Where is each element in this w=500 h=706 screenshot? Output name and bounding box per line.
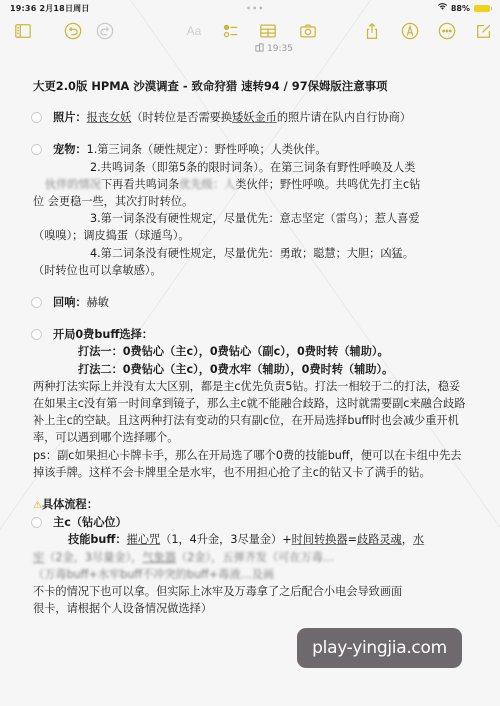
pet-rule-4: 4.第二词条没有硬性规定，尽量优先：勇敢；聪慧；大胆；凶猛。 xyxy=(33,245,466,262)
pet-rule-2: 2.共鸣词条（即第5条的限时词条）。在第三词条有野性呼唤及人类 xyxy=(33,159,466,176)
checklist-icon[interactable] xyxy=(221,21,241,41)
link-leprechaun-coin[interactable]: 矮妖金币 xyxy=(232,111,277,124)
checklist-item-buff: 开局0费buff选择： xyxy=(33,326,466,343)
table-icon[interactable] xyxy=(258,21,278,41)
main-c-skill-cont-2: （万毒buff+水牢buff不冲突的buff+毒液…及画 xyxy=(33,566,466,583)
link-time-turner[interactable]: 时间转换器 xyxy=(292,533,348,546)
pet-rule-2-end: 位 会更稳一些，其次打时转位。 xyxy=(33,193,466,210)
checklist-item-echo: 回响：赫敏 xyxy=(33,294,466,311)
warning-icon: ⚠ xyxy=(33,500,42,511)
checklist-circle[interactable] xyxy=(31,297,42,308)
multitask-dots[interactable]: ••• xyxy=(246,4,264,13)
link-banshee[interactable]: 报丧女妖 xyxy=(87,111,132,124)
buff-explanation: 两种打法实际上并没有太大区别，都是主c优先负责5钻。打法一相较于二的打法，稳妥在… xyxy=(33,378,466,447)
pet-rule-2-cont: 伙伴的情况下再看共鸣词条优先级：人类伙伴；野性呼唤。共鸣优先打主c钻 xyxy=(33,176,466,193)
buff-option-1: 打法一：0费钻心（主c），0费钻心（副c），0费时转（辅助）。 xyxy=(33,343,466,360)
link-crucio[interactable]: 摧心咒 xyxy=(127,533,161,546)
format-text-icon[interactable]: Aa xyxy=(182,21,206,41)
more-icon[interactable] xyxy=(437,21,457,41)
main-c-skill-buff: 技能buff：摧心咒（1，4升金，3尽量金）+时间转换器=歧路灵魂，水 xyxy=(33,531,466,548)
status-time-date: 19:36 2月18日周日 xyxy=(10,3,90,14)
notes-toolbar: Aa xyxy=(0,17,500,45)
checklist-circle[interactable] xyxy=(31,329,42,340)
pet-rule-4-cont: （时转位也可以拿敏感）。 xyxy=(33,262,466,279)
checklist-item-pet: 宠物：1.第三词条（硬性规定）：野性呼唤；人类伙伴。 xyxy=(33,141,466,158)
buff-option-2: 打法二：0费钻心（主c），0费水牢（辅助），0费时转（辅助）。 xyxy=(33,361,466,378)
link-fork-soul[interactable]: 歧路灵魂 xyxy=(357,533,402,546)
watermark-overlay: play-yingjia.com xyxy=(297,628,462,668)
status-bar: 19:36 2月18日周日 ••• 88% xyxy=(0,0,500,16)
edited-time: 19:35 xyxy=(267,44,293,54)
checklist-circle[interactable] xyxy=(31,144,42,155)
checklist-circle[interactable] xyxy=(31,517,42,528)
wifi-icon xyxy=(438,3,447,13)
main-c-skill-cont-3: 不卡的情况下也可以拿。但实际上冰牢及万毒拿了之后配合小电会导致画面 xyxy=(33,583,466,600)
pet-rule-3: 3.第一词条没有硬性规定，尽量优先：意志坚定（雷鸟）；惹人喜爱 xyxy=(33,210,466,227)
battery-percent: 88% xyxy=(451,4,470,13)
shared-note-icon xyxy=(255,43,264,55)
markup-icon[interactable] xyxy=(400,21,420,41)
checklist-item-main-c: 主c（钻心位） xyxy=(33,514,466,531)
battery-icon xyxy=(474,5,490,12)
redo-icon[interactable] xyxy=(95,21,115,41)
buff-ps: ps：副c如果担心卡牌卡手，那么在开局选了哪个0费的技能buff，便可以在卡组中… xyxy=(33,447,466,481)
share-icon[interactable] xyxy=(362,21,382,41)
note-body[interactable]: 大更2.0版 HPMA 沙漠调查 - 致命狩猎 速转94 / 97保姆版注意事项… xyxy=(33,78,466,617)
compose-icon[interactable] xyxy=(474,21,494,41)
main-c-skill-cont-4: 很卡，请根据个人设备情况做选择） xyxy=(33,600,466,617)
undo-icon[interactable] xyxy=(63,21,83,41)
flow-heading: ⚠具体流程： xyxy=(33,496,466,514)
note-title: 大更2.0版 HPMA 沙漠调查 - 致命狩猎 速转94 / 97保姆版注意事项 xyxy=(33,78,466,95)
checklist-item-photo: 照片：报丧女妖（时转位是否需要换矮妖金币的照片请在队内自行协商） xyxy=(33,109,466,126)
pet-rule-3-cont: （嗅嗅）；调皮捣蛋（球遁鸟）。 xyxy=(33,227,466,244)
link-water-prison[interactable]: 水 xyxy=(413,533,424,546)
sidebar-icon[interactable] xyxy=(13,21,33,41)
main-c-skill-cont: 牢（2金，3尽量金），气象器（2金），五弹齐发（可在万毒… xyxy=(33,549,466,566)
camera-icon[interactable] xyxy=(298,21,318,41)
checklist-circle[interactable] xyxy=(31,112,42,123)
last-edited: 19:35 xyxy=(255,43,293,55)
